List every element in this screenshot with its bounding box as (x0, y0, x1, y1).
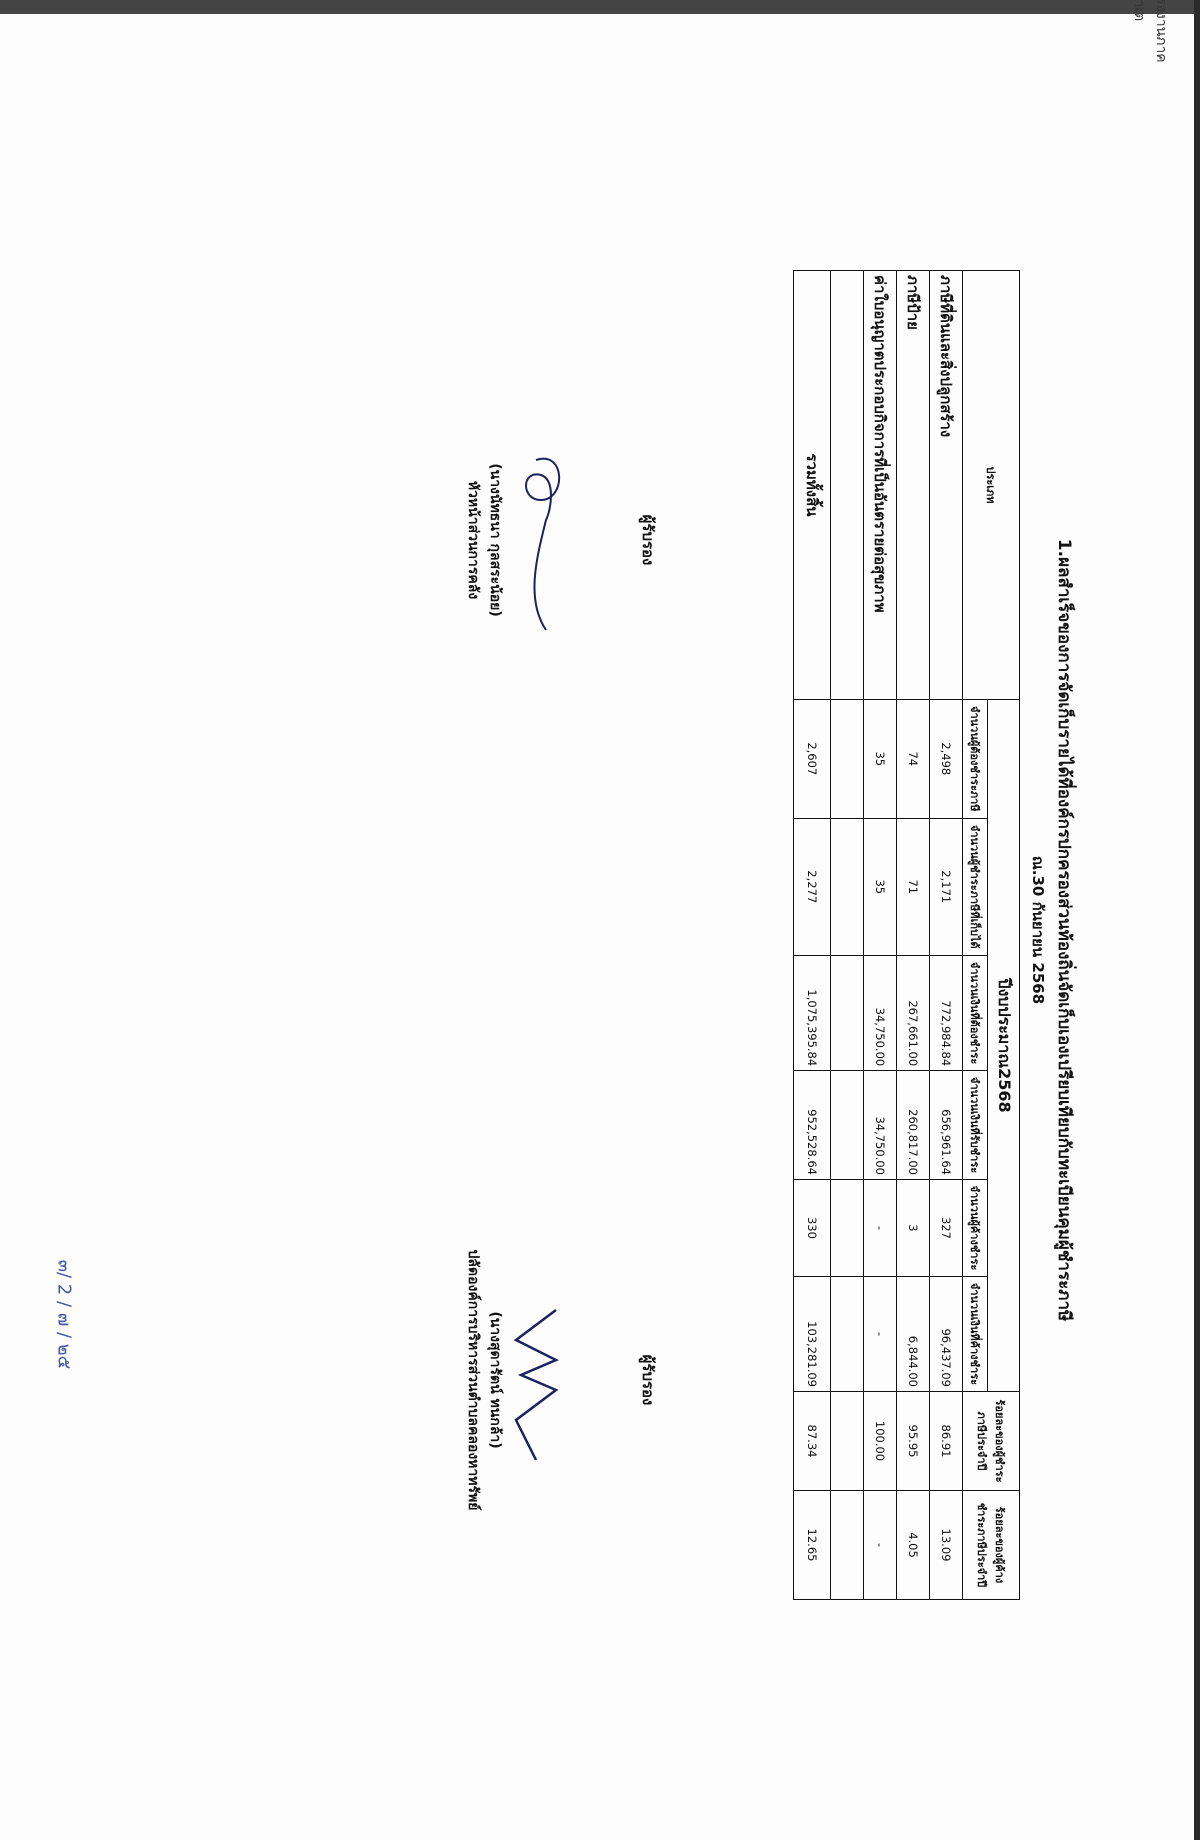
header-taxpayers-paid: จำนวนผู้ชำระภาษีที่เก็บได้ (963, 818, 988, 955)
document-title: 1.ผลสำเร็จของการจัดเก็บรายได้ที่องค์กรปก… (1051, 150, 1078, 1710)
row-type: ภาษีป้าย (897, 271, 930, 700)
cell-pct-paid (831, 1392, 864, 1491)
cell-outstanding-amount: - (864, 1276, 897, 1391)
cell-amount-received: 656,961.64 (930, 1071, 963, 1180)
cell-pct-outstanding: 13.09 (930, 1491, 963, 1600)
cell-pct-outstanding: - (864, 1491, 897, 1600)
cell-outstanding-amount: 96,437.09 (930, 1276, 963, 1391)
cell-amount-due: 34,750.00 (864, 955, 897, 1070)
total-row: รวมทั้งสิ้น2,6072,2771,075,395.84952,528… (794, 271, 831, 1600)
total-amount-due: 1,075,395.84 (794, 955, 831, 1070)
cell-taxpayers-due (831, 700, 864, 819)
header-outstanding-payers: จำนวนผู้ค้างชำระ (963, 1179, 988, 1276)
header-pct-outstanding: ร้อยละของผู้ค้างชำระภาษีประจำปี (963, 1491, 1020, 1600)
cell-taxpayers-paid: 2,171 (930, 818, 963, 955)
scan-right-edge (1194, 0, 1200, 1840)
handwritten-note: ๓/ 2 / ๗ / ๒๕ (50, 1260, 79, 1370)
header-outstanding-amount: จำนวนเงินที่ค้างชำระ (963, 1276, 988, 1391)
cell-pct-paid: 86.91 (930, 1392, 963, 1491)
cell-taxpayers-paid (831, 818, 864, 955)
revenue-table: ประเภท ปีงบประมาณ2568 ร้อยละของผู้ชำระภา… (793, 270, 1020, 1600)
cell-amount-due: 267,661.00 (897, 955, 930, 1070)
header-taxpayers-due: จำนวนผู้ต้องชำระภาษี (963, 700, 988, 819)
cell-amount-due: 772,984.84 (930, 955, 963, 1070)
cell-outstanding-amount (831, 1276, 864, 1391)
signature-name: (นางสุดารัตน์ ทนกล้า) (484, 1150, 506, 1610)
cell-outstanding-payers: 327 (930, 1179, 963, 1276)
row-type: ค่าใบอนุญาตประกอบกิจการที่เป็นอันตรายต่อ… (864, 271, 897, 700)
signature-block-finance: ผู้รับรอง (นางนัทธนา กุลสระน้อย) หัวหน้า… (462, 330, 660, 750)
cell-taxpayers-due: 2,498 (930, 700, 963, 819)
cell-amount-received (831, 1071, 864, 1180)
document-page: 1.ผลสำเร็จของการจัดเก็บรายได้ที่องค์กรปก… (90, 150, 1090, 1710)
corner-note: โรงงานภาค คาเต (1128, 0, 1172, 90)
total-pct-paid: 87.34 (794, 1392, 831, 1491)
cell-taxpayers-due: 74 (897, 700, 930, 819)
cell-pct-paid: 100.00 (864, 1392, 897, 1491)
total-taxpayers-paid: 2,277 (794, 818, 831, 955)
header-pct-paid: ร้อยละของผู้ชำระภาษีประจำปี (963, 1392, 1020, 1491)
total-amount-received: 952,528.64 (794, 1071, 831, 1180)
signature-role: ผู้รับรอง (636, 1150, 660, 1610)
signature-role: ผู้รับรอง (636, 330, 660, 750)
cell-pct-paid: 95.95 (897, 1392, 930, 1491)
signature-position: หัวหน้าส่วนการคลัง (462, 330, 484, 750)
cell-outstanding-payers (831, 1179, 864, 1276)
total-label: รวมทั้งสิ้น (794, 271, 831, 700)
signature-name: (นางนัทธนา กุลสระน้อย) (484, 330, 506, 750)
total-taxpayers-due: 2,607 (794, 700, 831, 819)
table-row: ภาษีที่ดินและสิ่งปลูกสร้าง2,4982,171772,… (930, 271, 963, 1600)
header-type: ประเภท (963, 271, 1020, 700)
signature-mark-icon (506, 1280, 576, 1480)
table-row (831, 271, 864, 1600)
cell-outstanding-amount: 6,844.00 (897, 1276, 930, 1391)
table-row: ภาษีป้าย7471267,661.00260,817.0036,844.0… (897, 271, 930, 1600)
total-outstanding-amount: 103,281.09 (794, 1276, 831, 1391)
row-type: ภาษีที่ดินและสิ่งปลูกสร้าง (930, 271, 963, 700)
cell-pct-outstanding: 4.05 (897, 1491, 930, 1600)
as-of-date: ณ.30 กันยายน 2568 (1026, 150, 1050, 1710)
cell-amount-received: 260,817.00 (897, 1071, 930, 1180)
header-fiscal-year: ปีงบประมาณ2568 (988, 700, 1020, 1392)
total-pct-outstanding: 12.65 (794, 1491, 831, 1600)
cell-taxpayers-paid: 71 (897, 818, 930, 955)
cell-outstanding-payers: 3 (897, 1179, 930, 1276)
signature-block-chief: ผู้รับรอง (นางสุดารัตน์ ทนกล้า) ปลัดองค์… (462, 1150, 660, 1610)
cell-taxpayers-due: 35 (864, 700, 897, 819)
signature-mark-icon (506, 440, 576, 640)
header-amount-due: จำนวนเงินที่ต้องชำระ (963, 955, 988, 1070)
row-type (831, 271, 864, 700)
table-row: ค่าใบอนุญาตประกอบกิจการที่เป็นอันตรายต่อ… (864, 271, 897, 1600)
scan-top-edge (0, 0, 1200, 14)
cell-amount-received: 34,750.00 (864, 1071, 897, 1180)
cell-pct-outstanding (831, 1491, 864, 1600)
total-outstanding-payers: 330 (794, 1179, 831, 1276)
cell-taxpayers-paid: 35 (864, 818, 897, 955)
signature-position: ปลัดองค์การบริหารส่วนตำบลคลองหาทรัพย์ (462, 1150, 484, 1610)
cell-amount-due (831, 955, 864, 1070)
header-row-1: ประเภท ปีงบประมาณ2568 ร้อยละของผู้ชำระภา… (988, 271, 1020, 1600)
header-amount-received: จำนวนเงินที่รับชำระ (963, 1071, 988, 1180)
cell-outstanding-payers: - (864, 1179, 897, 1276)
